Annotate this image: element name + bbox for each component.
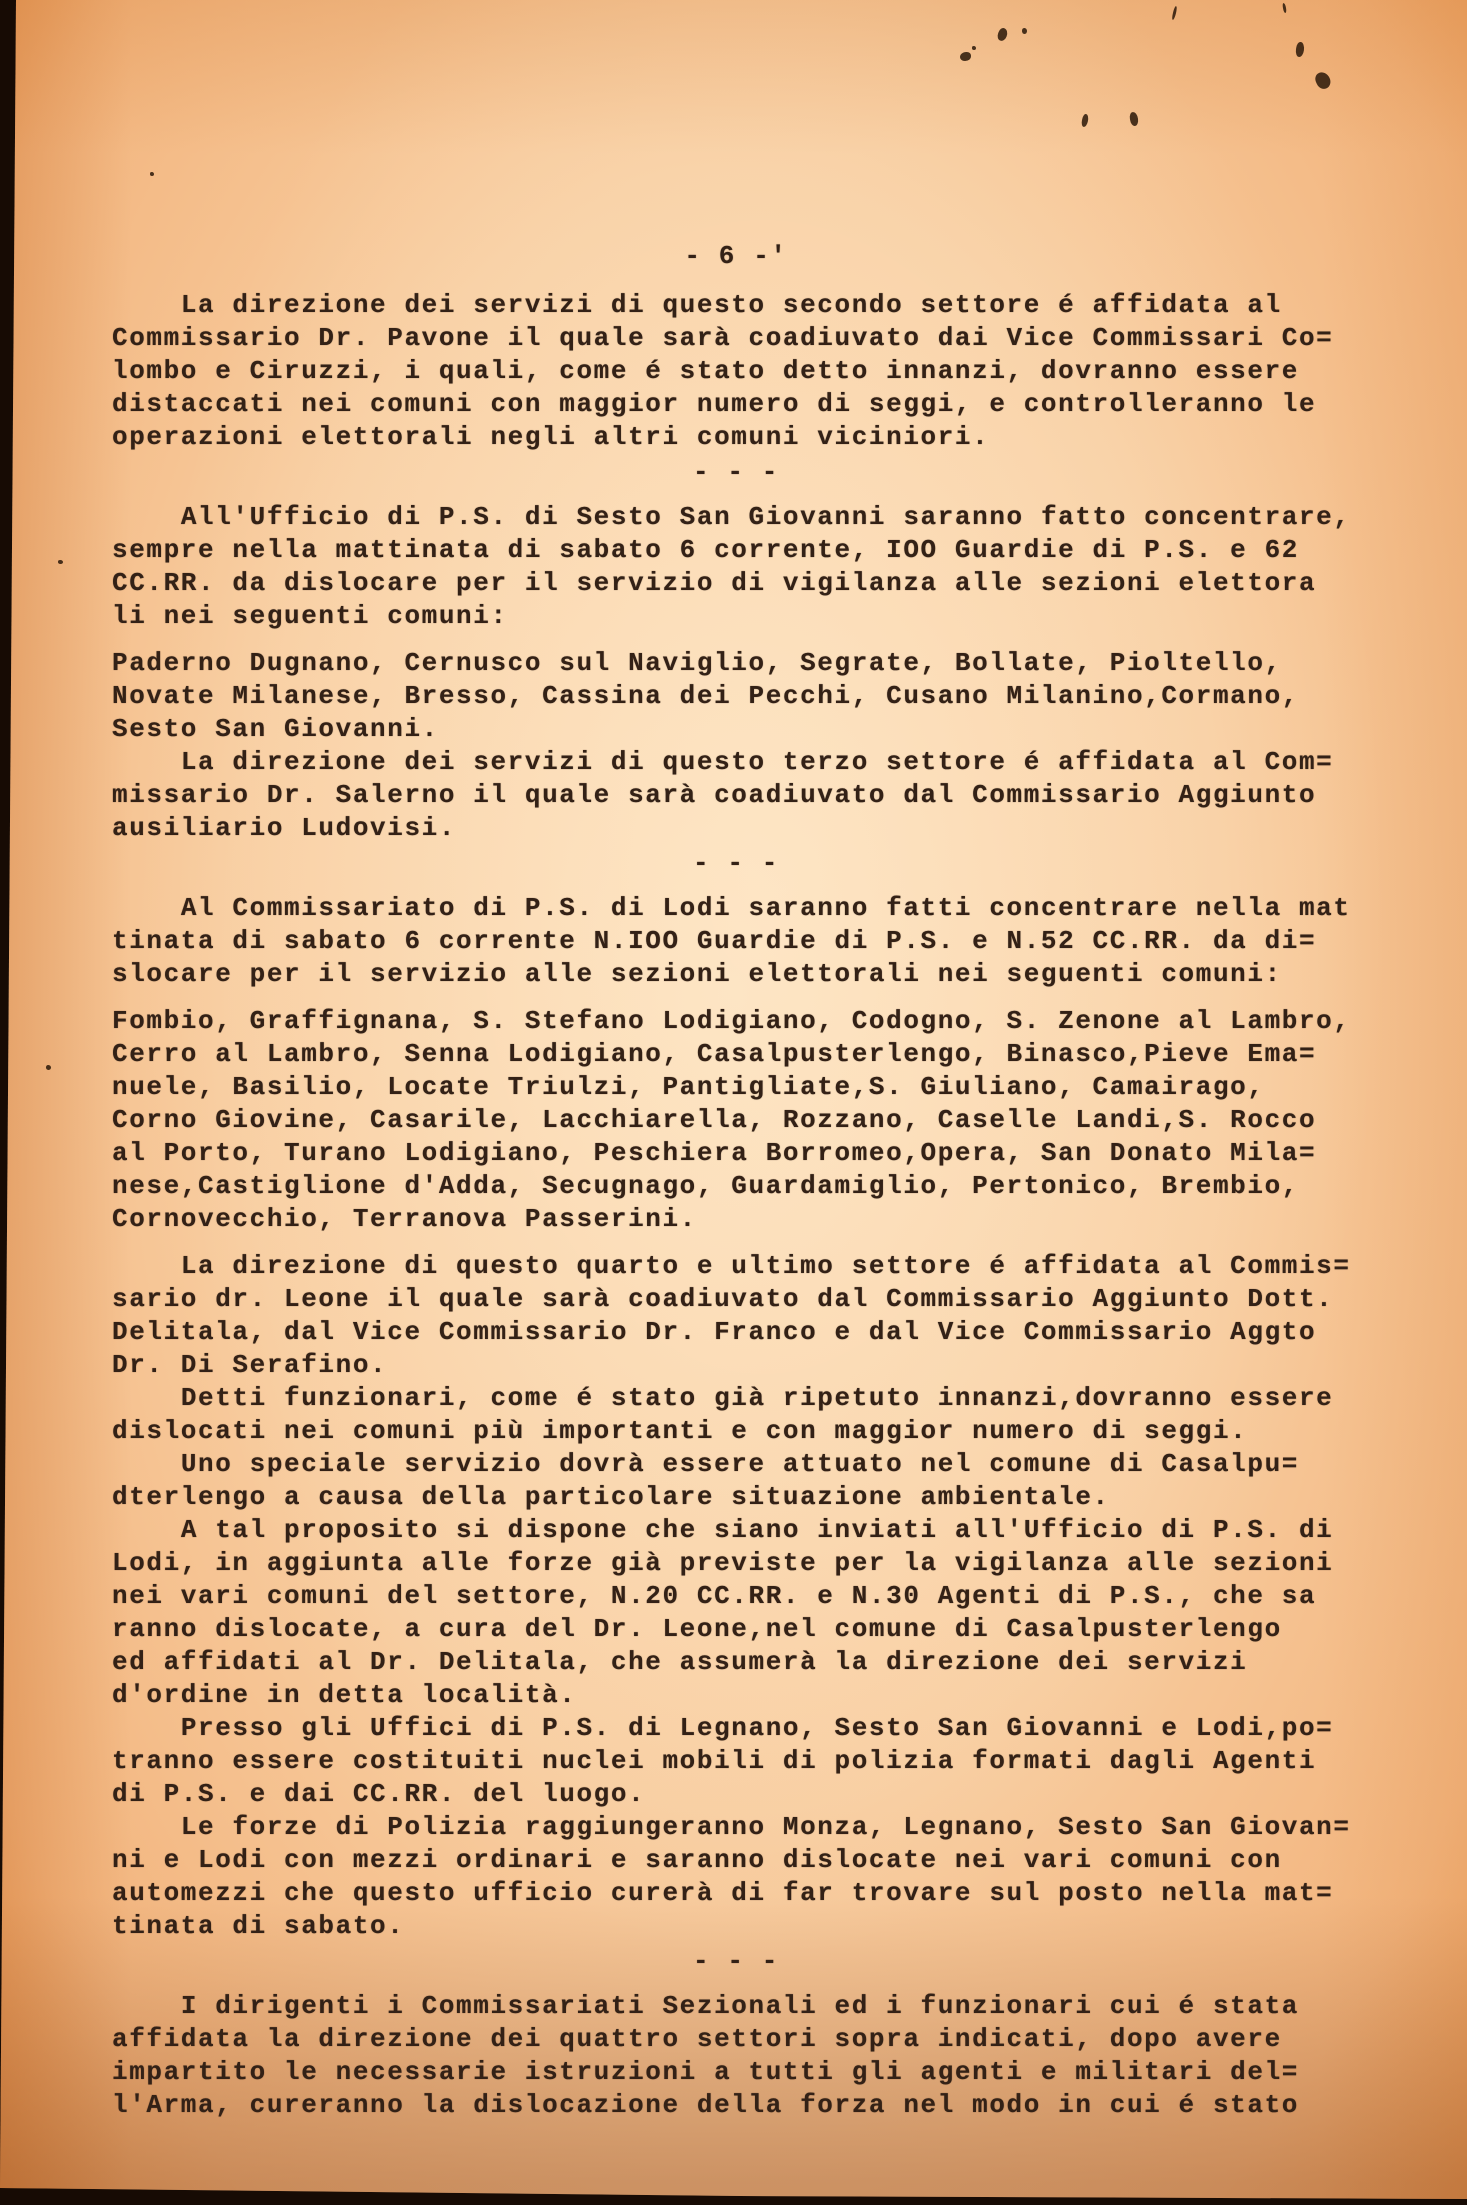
ink-speck — [1081, 114, 1090, 128]
ink-speck — [1295, 42, 1305, 58]
ink-speck — [1129, 112, 1139, 127]
ink-speck — [1313, 70, 1333, 91]
paragraph: Paderno Dugnano, Cernusco sul Naviglio, … — [112, 647, 1404, 746]
ink-speck — [1022, 28, 1027, 34]
paragraph: I dirigenti i Commissariati Sezionali ed… — [112, 1990, 1404, 2122]
ink-speck — [46, 1065, 51, 1070]
paragraph: La direzione dei servizi di questo secon… — [112, 289, 1404, 454]
paragraph: All'Ufficio di P.S. di Sesto San Giovann… — [112, 501, 1404, 633]
ink-speck — [960, 52, 971, 61]
blank-line — [112, 1236, 1404, 1250]
typewritten-document: - 6 -' La direzione dei servizi di quest… — [112, 240, 1404, 2122]
document-body: La direzione dei servizi di questo secon… — [112, 289, 1404, 2122]
blank-line — [112, 991, 1404, 1005]
ink-speck — [58, 560, 63, 564]
ink-speck — [1171, 6, 1177, 20]
section-separator: - - - — [90, 1945, 1382, 1978]
ink-speck — [972, 46, 976, 50]
ink-speck — [150, 172, 154, 176]
ink-speck — [1282, 3, 1287, 13]
blank-line — [112, 633, 1404, 647]
section-separator: - - - — [90, 847, 1382, 880]
paragraph: Fombio, Graffignana, S. Stefano Lodigian… — [112, 1005, 1404, 1236]
section-separator: - - - — [90, 456, 1382, 489]
page-number: - 6 -' — [90, 240, 1382, 273]
ink-speck — [996, 27, 1009, 42]
paragraph: Al Commissariato di P.S. di Lodi saranno… — [112, 892, 1404, 991]
paragraph: La direzione dei servizi di questo terzo… — [112, 746, 1404, 845]
paragraph: La direzione di questo quarto e ultimo s… — [112, 1250, 1404, 1943]
paper-sheet: - 6 -' La direzione dei servizi di quest… — [0, 0, 1467, 2205]
